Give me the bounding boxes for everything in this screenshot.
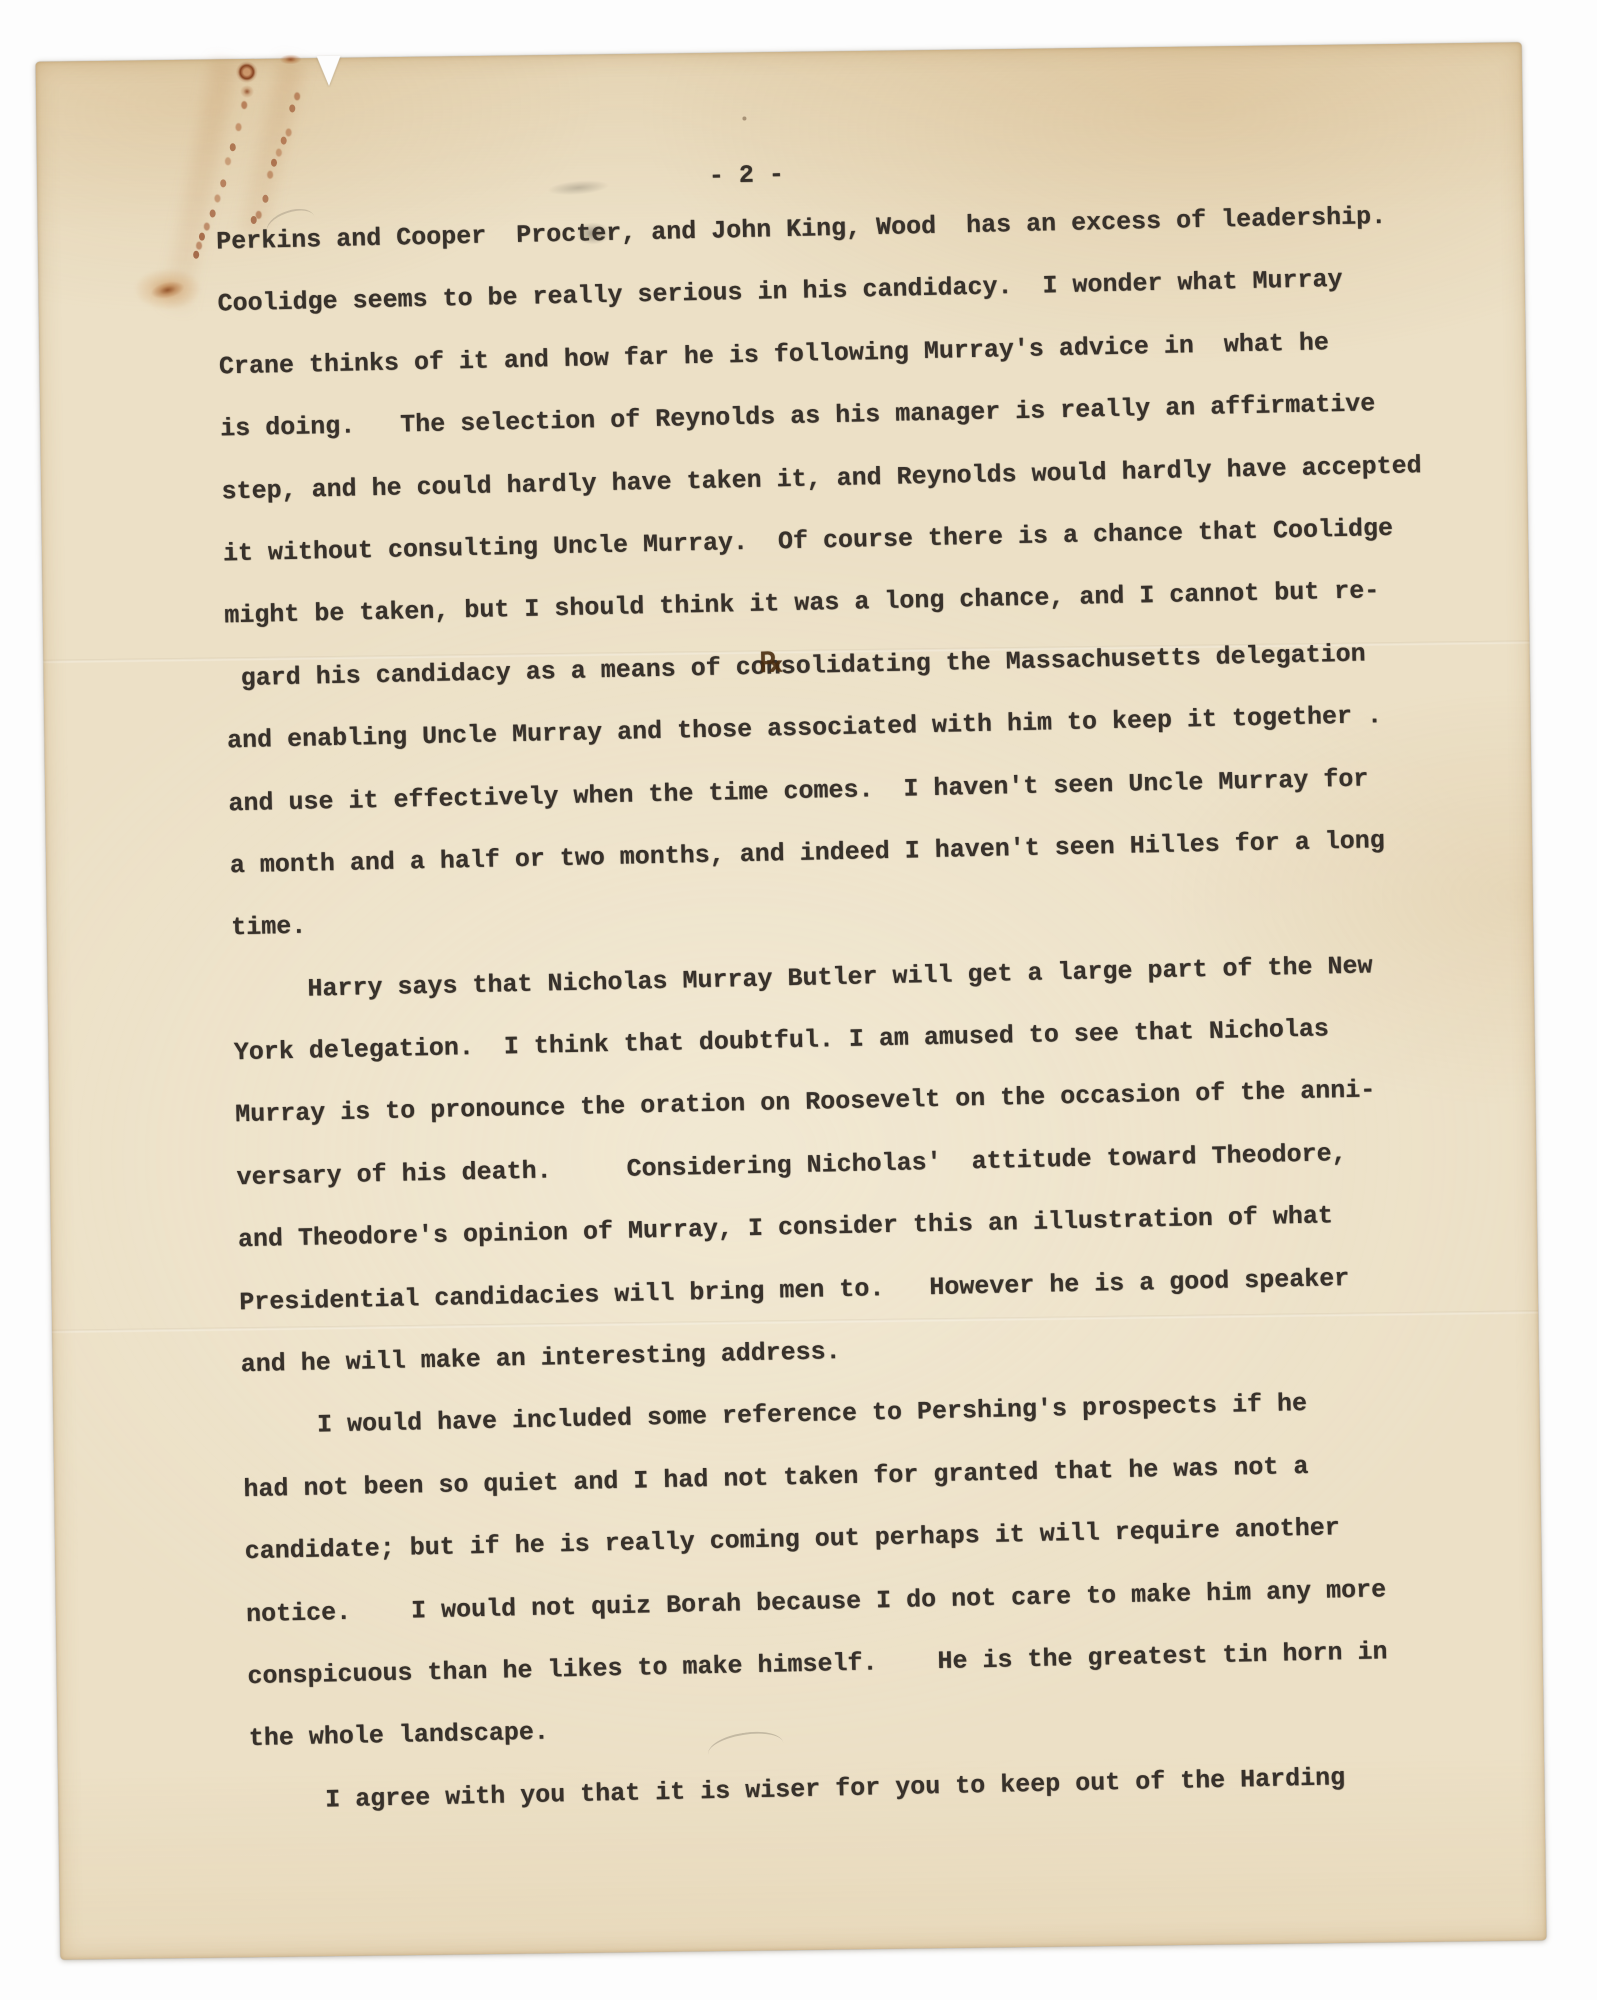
top-edge-notch — [317, 56, 341, 86]
typewritten-text: - 2 - Perkins and Cooper Procter, and Jo… — [34, 31, 1561, 1961]
page-number: - 2 - — [709, 160, 785, 191]
letter-page: - 2 - Perkins and Cooper Procter, and Jo… — [36, 42, 1547, 1959]
overstrike-mark: ℞ — [759, 647, 784, 681]
letter-body: Perkins and Cooper Procter, and John Kin… — [216, 185, 1451, 1833]
